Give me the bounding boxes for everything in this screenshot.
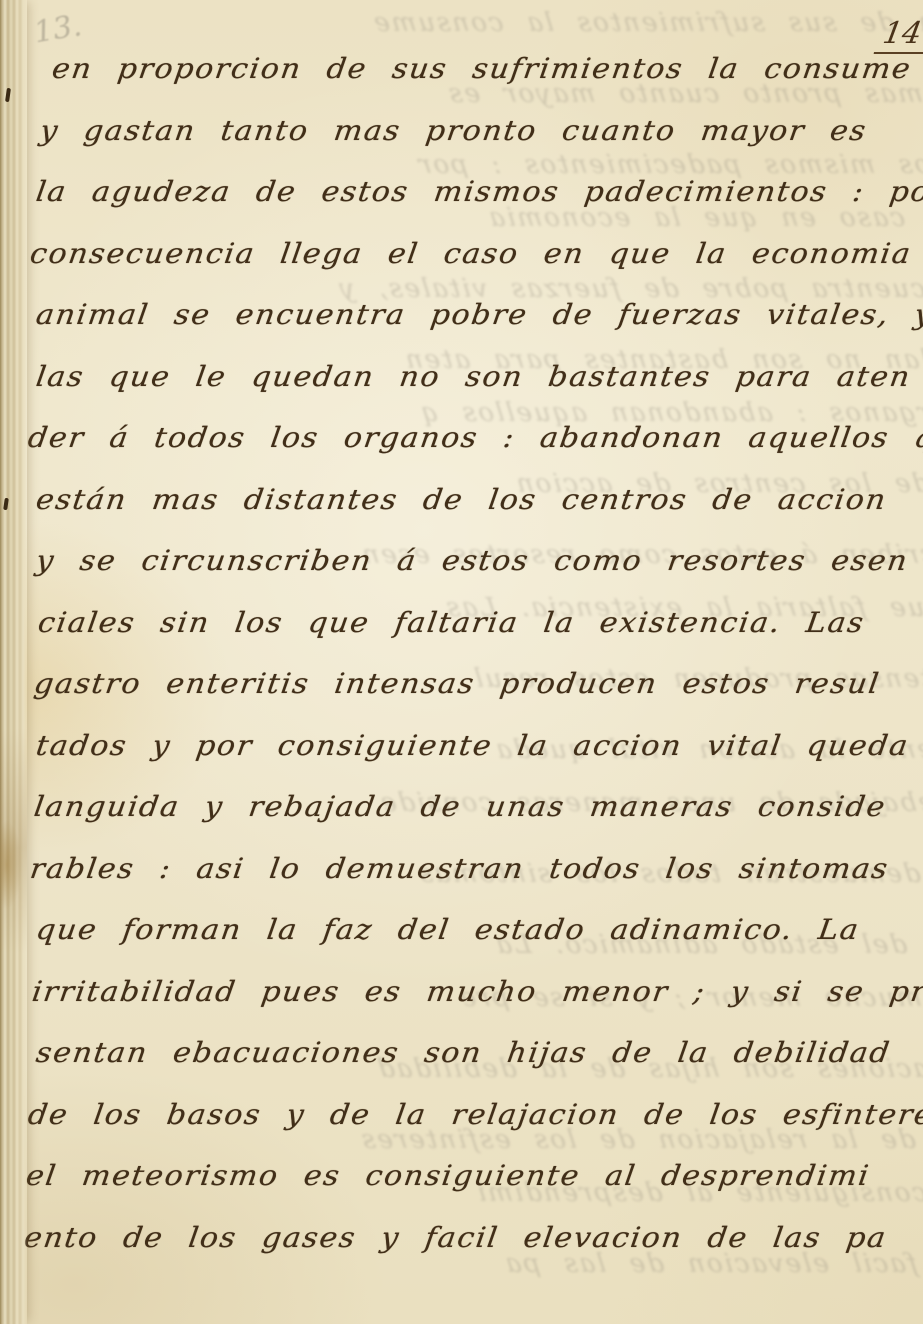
manuscript-line: la agudeza de estos mismos padecimientos…: [32, 163, 923, 225]
manuscript-line: en proporcion de sus sufrimientos la con…: [48, 40, 923, 102]
manuscript-line: rables : asi lo demuestran todos los sin…: [26, 840, 923, 902]
manuscript-line: ento de los gases y facil elevacion de l…: [20, 1209, 923, 1271]
manuscript-line: están mas distantes de los centros de ac…: [32, 471, 923, 533]
manuscript-line: languida y rebajada de unas maneras cons…: [30, 778, 923, 840]
manuscript-line: der á todos los organos : abandonan aque…: [24, 409, 923, 471]
manuscript-line: tados y por consiguiente la accion vital…: [32, 717, 923, 779]
manuscript-line: consecuencia llega el caso en que la eco…: [26, 225, 923, 287]
manuscript-line: gastro enteritis intensas producen estos…: [30, 655, 923, 717]
manuscript-line: y gastan tanto mas pronto cuanto mayor e…: [36, 102, 923, 164]
manuscript-line: las que le quedan no son bastantes para …: [32, 348, 923, 410]
manuscript-line: ciales sin los que faltaria la existenci…: [34, 594, 923, 656]
page-number: 14: [873, 16, 923, 54]
book-gutter: [0, 0, 27, 1324]
manuscript-line: y se circunscriben á estos como resortes…: [32, 532, 923, 594]
manuscript-line: sentan ebacuaciones son hijas de la debi…: [32, 1024, 923, 1086]
manuscript-line: de los basos y de la relajacion de los e…: [24, 1086, 923, 1148]
manuscript-line: animal se encuentra pobre de fuerzas vit…: [32, 286, 923, 348]
manuscript-page: en proporcion de sus sufrimientos la con…: [0, 0, 923, 1324]
manuscript-line: el meteorismo es consiguiente al despren…: [22, 1147, 923, 1209]
manuscript-line: irritabilidad pues es mucho menor ; y si…: [28, 963, 923, 1025]
gutter-stain: [0, 820, 22, 910]
manuscript-text: en proporcion de sus sufrimientos la con…: [36, 40, 923, 1270]
manuscript-line: que forman la faz del estado adinamico. …: [32, 901, 923, 963]
